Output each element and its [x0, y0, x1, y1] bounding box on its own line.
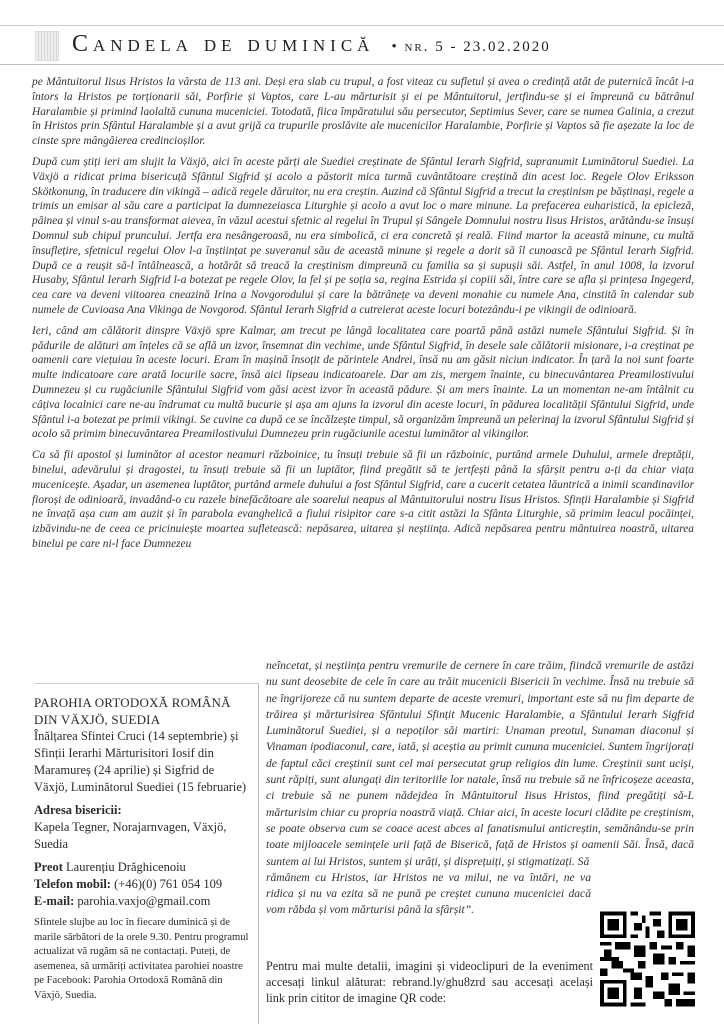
- article-paragraph-end: rămânem cu Hristos, iar Hristos ne va mi…: [266, 870, 591, 919]
- address-label: Adresa bisericii:: [34, 803, 122, 817]
- article-paragraph: Ca să fii apostol și luminător al acesto…: [32, 448, 694, 552]
- address-value: Kapela Tegner, Norajarnvagen, Växjö, Sue…: [34, 820, 227, 851]
- article-paragraph: Ieri, când am călătorit dinspre Växjö sp…: [32, 324, 694, 442]
- publication-name: Candela de duminică: [72, 31, 374, 57]
- issue-number-date: nr. 5 - 23.02.2020: [404, 39, 550, 55]
- article-body: pe Mântuitorul Iisus Hristos la vârsta d…: [32, 75, 694, 558]
- parish-info-box: PAROHIA ORTODOXĂ ROMÂNĂ DIN VÄXJÖ, SUEDI…: [34, 683, 259, 1024]
- email-label: E-mail:: [34, 894, 74, 908]
- parish-patrons: Înălțarea Sfintei Cruci (14 septembrie) …: [34, 728, 250, 796]
- article-paragraph: După cum știți ieri am slujit la Växjö, …: [32, 155, 694, 318]
- article-continuation: neîncetat, și neștiința pentru vremurile…: [266, 658, 694, 919]
- priest-label: Preot: [34, 860, 63, 874]
- address-block: Adresa bisericii: Kapela Tegner, Norajar…: [34, 802, 250, 853]
- parish-name: PAROHIA ORTODOXĂ ROMÂNĂ DIN VÄXJÖ, SUEDI…: [34, 694, 250, 728]
- bullet-separator: •: [391, 39, 398, 55]
- newsletter-title: Candela de duminică • nr. 5 - 23.02.2020: [72, 31, 551, 58]
- service-schedule-note: Sfintele slujbe au loc în fiecare dumini…: [34, 916, 250, 1003]
- phone-label: Telefon mobil:: [34, 877, 111, 891]
- contact-block: Preot Laurențiu Drăghicenoiu Telefon mob…: [34, 859, 250, 910]
- article-paragraph: neîncetat, și neștiința pentru vremurile…: [266, 658, 694, 870]
- article-paragraph: pe Mântuitorul Iisus Hristos la vârsta d…: [32, 75, 694, 149]
- qr-code-icon[interactable]: [600, 910, 695, 1008]
- email-link[interactable]: parohia.vaxjo@gmail.com: [77, 894, 210, 908]
- priest-name: Laurențiu Drăghicenoiu: [66, 860, 186, 874]
- church-crest-icon: [35, 31, 59, 61]
- more-info-text: Pentru mai multe detalii, imagini și vid…: [266, 958, 593, 1006]
- phone-value: (+46)(0) 761 054 109: [114, 877, 222, 891]
- page-header: Candela de duminică • nr. 5 - 23.02.2020: [0, 25, 724, 65]
